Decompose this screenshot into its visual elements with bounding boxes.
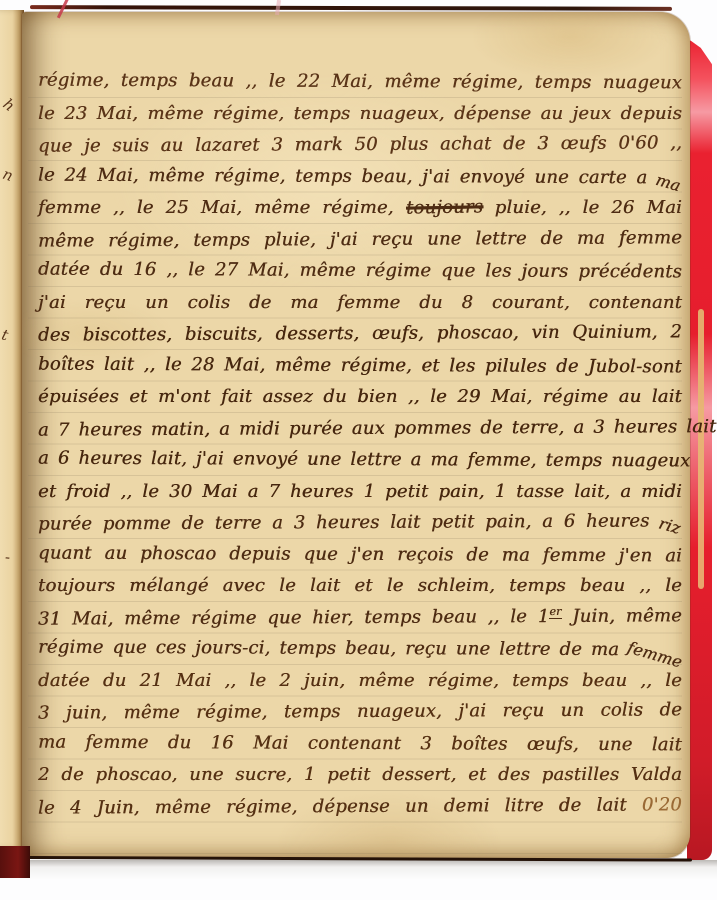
line-text: boîtes lait ,, le 28 Mai, même régime, e… (38, 353, 682, 377)
line-text: toujours mélangé avec le lait et le schl… (38, 575, 682, 596)
line-tail-word: riz (655, 508, 685, 544)
scanned-notebook-page: h n t - régime, temps beau ,, le 22 Mai,… (0, 0, 717, 900)
line-text: le 23 Mai, même régime, temps nuageux, d… (38, 103, 682, 124)
line-text: datée du 21 Mai ,, le 2 juin, même régim… (38, 670, 682, 691)
diary-line: 31 Mai, même régime que hier, temps beau… (38, 600, 682, 635)
diary-line: et froid ,, le 30 Mai a 7 heures 1 petit… (38, 476, 682, 508)
diary-line: a 6 heures lait, j'ai envoyé une lettre … (38, 443, 682, 477)
line-text: le 4 Juin, même régime, dépense un demi … (38, 794, 627, 818)
line-text: et froid ,, le 30 Mai a 7 heures 1 petit… (38, 481, 682, 502)
line-text: purée pomme de terre a 3 heures lait pet… (38, 510, 650, 534)
diary-line: datée du 21 Mai ,, le 2 juin, même régim… (38, 665, 682, 697)
diary-line: épuisées et m'ont fait assez du bien ,, … (38, 381, 682, 413)
line-text: épuisées et m'ont fait assez du bien ,, … (38, 386, 682, 407)
line-text: régime, temps beau ,, le 22 Mai, même ré… (38, 70, 682, 94)
line-text: que je suis au lazaret 3 mark 50 plus ac… (38, 132, 682, 156)
diary-line: le 23 Mai, même régime, temps nuageux, d… (38, 98, 682, 130)
struck-word: toujours (405, 191, 483, 224)
faded-amount: 0'20 (642, 794, 682, 815)
diary-line: quant au phoscao depuis que j'en reçois … (38, 537, 682, 571)
line-text: 2 de phoscao, une sucre, 1 petit dessert… (38, 764, 682, 785)
line-text: a 6 heures lait, j'ai envoyé une lettre … (38, 448, 690, 472)
line-text: quant au phoscao depuis que j'en reçois … (38, 542, 682, 566)
cover-corner-bottom-left (0, 846, 30, 878)
line-text: pluie, ,, le 26 Mai (483, 197, 682, 218)
red-cover-edge (687, 38, 712, 860)
line-text: 31 Mai, même régime que hier, temps beau… (38, 606, 549, 630)
previous-page-edge: h n t - (0, 10, 24, 848)
diary-line: toujours mélangé avec le lait et le schl… (38, 570, 682, 602)
line-text: a 7 heures matin, a midi purée aux pomme… (38, 416, 717, 441)
diary-line: régime, temps beau ,, le 22 Mai, même ré… (38, 65, 682, 99)
cover-top-edge (30, 5, 672, 11)
diary-page: régime, temps beau ,, le 22 Mai, même ré… (22, 12, 690, 858)
diary-line: le 4 Juin, même régime, dépense un demi … (38, 789, 682, 824)
line-text: même régime, temps pluie, j'ai reçu une … (38, 227, 682, 251)
diary-line: femme ,, le 25 Mai, même régime, toujour… (38, 192, 682, 224)
diary-line: 2 de phoscao, une sucre, 1 petit dessert… (38, 759, 682, 791)
diary-line: que je suis au lazaret 3 mark 50 plus ac… (38, 127, 682, 162)
cover-inner-board (698, 309, 704, 588)
line-text: datée du 16 ,, le 27 Mai, même régime qu… (38, 259, 682, 283)
line-text: femme ,, le 25 Mai, même régime, (38, 197, 406, 218)
diary-line: le 24 Mai, même régime, temps beau, j'ai… (38, 159, 682, 193)
ink-fragment: - (4, 548, 11, 566)
diary-line: même régime, temps pluie, j'ai reçu une … (38, 222, 682, 257)
ordinal-superscript: er (549, 604, 561, 618)
line-text: Juin, même (561, 605, 682, 627)
line-text: le 24 Mai, même régime, temps beau, j'ai… (38, 164, 647, 188)
diary-line: purée pomme de terre a 3 heures lait pet… (38, 505, 682, 540)
diary-line: a 7 heures matin, a midi purée aux pomme… (38, 411, 682, 446)
diary-line: ma femme du 16 Mai contenant 3 boîtes œu… (38, 726, 682, 760)
diary-line: j'ai reçu un colis de ma femme du 8 cour… (38, 287, 682, 319)
handwritten-text: régime, temps beau ,, le 22 Mai, même ré… (38, 66, 682, 822)
scanner-background (0, 860, 717, 900)
ink-fragment: h (0, 95, 18, 115)
line-text: régime que ces jours-ci, temps beau, reç… (38, 637, 619, 661)
diary-line: datée du 16 ,, le 27 Mai, même régime qu… (38, 254, 682, 288)
diary-line: des biscottes, biscuits, desserts, œufs,… (38, 316, 682, 351)
line-text: des biscottes, biscuits, desserts, œufs,… (38, 321, 682, 345)
diary-line: 3 juin, même régime, temps nuageux, j'ai… (38, 694, 682, 729)
line-text: ma femme du 16 Mai contenant 3 boîtes œu… (38, 731, 682, 755)
diary-line: boîtes lait ,, le 28 Mai, même régime, e… (38, 348, 682, 382)
ink-fragment: t (0, 326, 10, 345)
line-text: j'ai reçu un colis de ma femme du 8 cour… (38, 292, 682, 313)
ink-fragment: n (0, 165, 15, 185)
diary-line: régime que ces jours-ci, temps beau, reç… (38, 632, 682, 666)
line-text: 3 juin, même régime, temps nuageux, j'ai… (38, 699, 682, 723)
